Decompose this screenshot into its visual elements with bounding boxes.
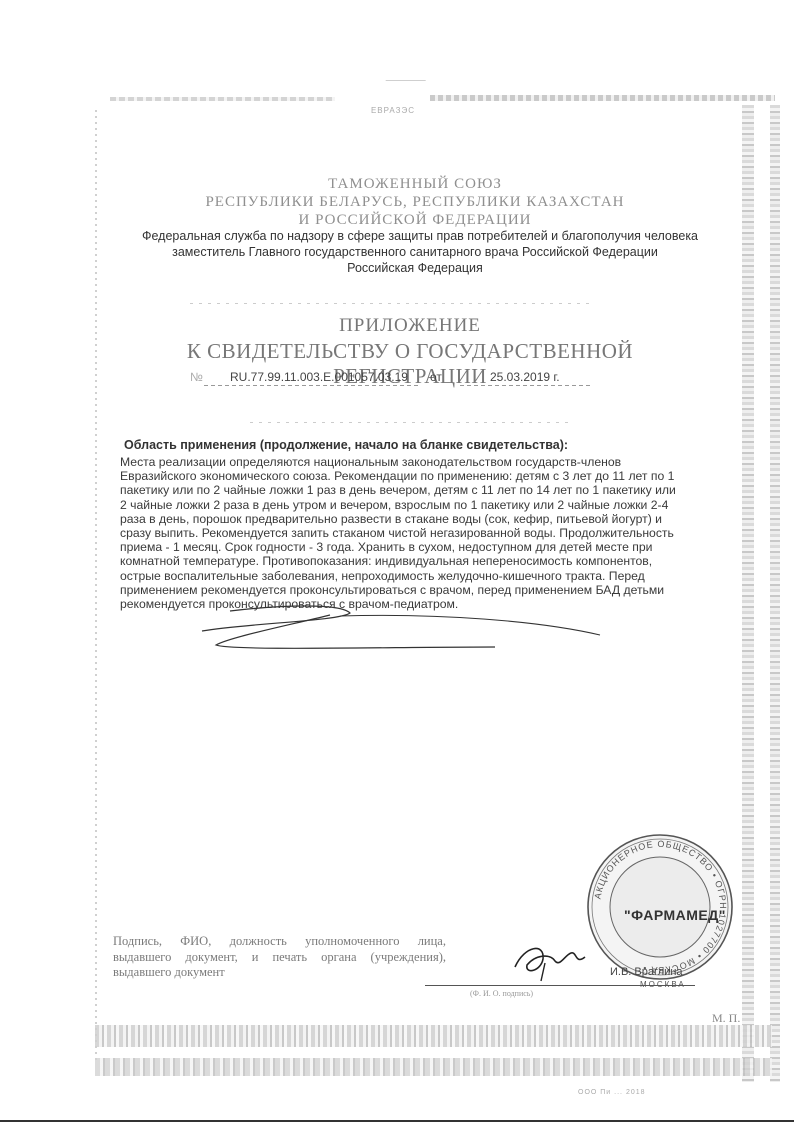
body-line: Евразийского экономического союза. Реком… xyxy=(120,469,718,483)
registration-date-label: от xyxy=(430,370,442,384)
eagle-emblem-icon xyxy=(370,80,426,103)
eaeu-emblem: ЕВРАЗЭС xyxy=(348,80,438,120)
registration-date: 25.03.2019 г. xyxy=(490,370,560,384)
frame-left-border xyxy=(95,110,97,1062)
emblem-label: ЕВРАЗЭС xyxy=(348,106,438,115)
divider-dotted-2 xyxy=(250,422,570,423)
frame-right-border-inner xyxy=(742,105,754,1082)
body-line: раза в день, порошок предварительно разв… xyxy=(120,512,718,526)
registration-line: № RU.77.99.11.003.E.001057.03.19 от 25.0… xyxy=(190,370,620,388)
header-line-deputy: заместитель Главного государственного са… xyxy=(110,244,720,260)
signature-scribble xyxy=(190,605,610,665)
frame-right-border-outer xyxy=(770,105,780,1082)
header-line-customs-union: ТАМОЖЕННЫЙ СОЮЗ xyxy=(110,176,720,193)
footer-printer-note: ООО Пи ... 2018 xyxy=(578,1089,646,1096)
body-line: Места реализации определяются национальн… xyxy=(120,455,718,469)
divider-dotted xyxy=(190,303,590,304)
header-line-country: Российская Федерация xyxy=(110,260,720,276)
frame-bottom-border-2 xyxy=(95,1058,772,1076)
registration-number: RU.77.99.11.003.E.001057.03.19 xyxy=(230,370,408,384)
header-line-federal-service: Федеральная служба по надзору в сфере за… xyxy=(100,228,740,244)
body-line: приема - 1 месяц. Срок годности - 3 года… xyxy=(120,540,718,554)
stamp-person-name: И.В. Враглина xyxy=(610,966,683,978)
body-line: сразу выпить. Рекомендуется запить стака… xyxy=(120,526,718,540)
body-line: применением рекомендуется проконсультиро… xyxy=(120,583,718,597)
header-line-republics: РЕСПУБЛИКИ БЕЛАРУСЬ, РЕСПУБЛИКИ КАЗАХСТА… xyxy=(110,194,720,211)
body-line: пакетику или по 2 чайные ложки 1 раз в д… xyxy=(120,483,718,497)
page-title: ПРИЛОЖЕНИЕ xyxy=(110,315,710,337)
official-signature xyxy=(505,935,595,985)
body-line: комнатной температуре. Противопоказания:… xyxy=(120,554,718,568)
signature-caption: Подпись, ФИО, должность уполномоченного … xyxy=(113,934,446,981)
body-line: острые воспалительные заболевания, непро… xyxy=(120,569,718,583)
section-heading: Область применения (продолжение, начало … xyxy=(124,438,568,452)
seal-place-label: М. П. xyxy=(712,1011,740,1026)
section-body: Места реализации определяются национальн… xyxy=(120,455,718,611)
frame-bottom-border xyxy=(95,1025,772,1047)
body-line: 2 чайные ложки 2 раза в день утром и веч… xyxy=(120,498,718,512)
stamp-city: МОСКВА xyxy=(640,980,686,989)
registration-number-label: № xyxy=(190,370,203,384)
signature-sub-label: (Ф. И. О. подпись) xyxy=(470,989,533,998)
stamp-company-name: "ФАРМАМЕД" xyxy=(624,907,726,923)
header-line-russian-federation: И РОССИЙСКОЙ ФЕДЕРАЦИИ xyxy=(110,212,720,229)
